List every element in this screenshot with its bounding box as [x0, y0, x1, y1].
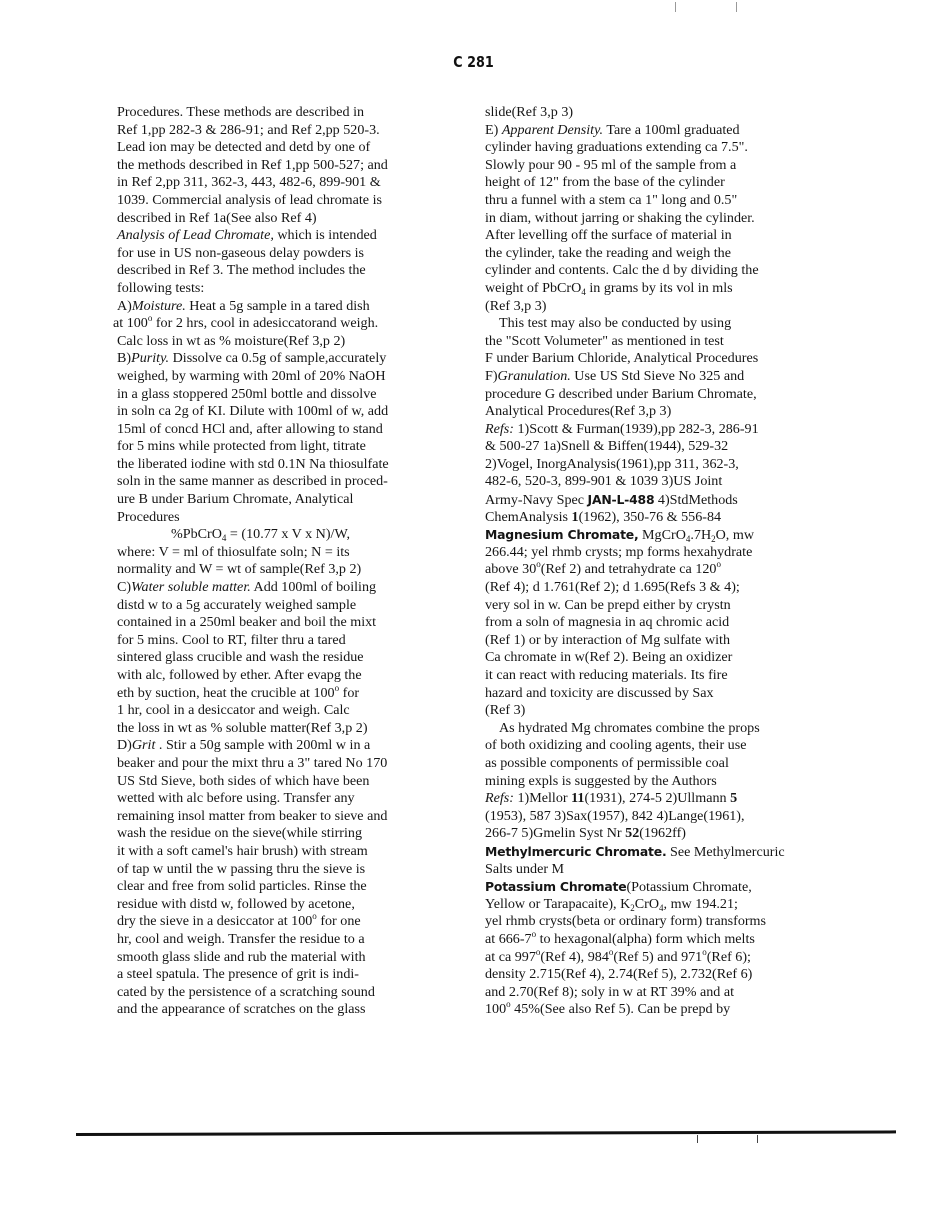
references-line: Refs: 1)Mellor 11(1931), 274-5 2)Ullmann…: [485, 790, 820, 808]
text-line: distd w to a 5g accurately weighed sampl…: [117, 597, 457, 615]
purity-heading-line: B)Purity. Dissolve ca 0.5g of sample,acc…: [117, 350, 457, 368]
page-number-header: C 281: [71, 53, 876, 71]
section-title-granulation: Granulation.: [498, 368, 571, 384]
refs-label: Refs:: [485, 790, 514, 806]
text-line: hazard and toxicity are discussed by Sax: [485, 685, 820, 703]
text-line: contained in a 250ml beaker and boil the…: [117, 614, 457, 632]
water-soluble-heading-line: C)Water soluble matter. Add 100ml of boi…: [117, 579, 457, 597]
text-line: & 500-27 1a)Snell & Biffen(1944), 529-32: [485, 438, 820, 456]
text-line: 15ml of concd HCl and, after allowing to…: [117, 421, 457, 439]
text-line: 2)Vogel, InorgAnalysis(1961),pp 311, 362…: [485, 456, 820, 474]
magnesium-chromate-entry: Magnesium Chromate, MgCrO4.7H2O, mw: [485, 526, 820, 544]
text-line: (Ref 1) or by interaction of Mg sulfate …: [485, 632, 820, 650]
scan-mark: [675, 2, 676, 12]
section-title-purity: Purity.: [131, 350, 169, 366]
text-line: This test may also be conducted by using: [485, 315, 820, 333]
text-line: the loss in wt as % soluble matter(Ref 3…: [117, 720, 457, 738]
text-line: Yellow or Tarapacaite), K2CrO4, mw 194.2…: [485, 896, 820, 914]
text-line: weight of PbCrO4 in grams by its vol in …: [485, 280, 820, 298]
degree-symbol: o: [716, 559, 721, 569]
analysis-heading-line: Analysis of Lead Chromate, which is inte…: [117, 227, 457, 245]
text-line: Procedures. These methods are described …: [117, 104, 457, 122]
text-line: wetted with alc before using. Transfer a…: [117, 790, 457, 808]
text-line: height of 12" from the base of the cylin…: [485, 174, 820, 192]
entry-title-magnesium-chromate: Magnesium Chromate,: [485, 527, 639, 542]
entry-title-methylmercuric-chromate: Methylmercuric Chromate.: [485, 844, 666, 859]
text-line: hr, cool and weigh. Transfer the residue…: [117, 931, 457, 949]
text-line: Army-Navy Spec JAN-L-488 4)StdMethods: [485, 491, 820, 509]
section-title-water-soluble: Water soluble matter.: [131, 579, 251, 595]
text-line: Lead ion may be detected and detd by one…: [117, 139, 457, 157]
grit-heading-line: D)Grit . Stir a 50g sample with 200ml w …: [117, 737, 457, 755]
text-line: clear and free from solid particles. Rin…: [117, 878, 457, 896]
potassium-chromate-entry: Potassium Chromate(Potassium Chromate,: [485, 878, 820, 896]
text-line: Slowly pour 90 - 95 ml of the sample fro…: [485, 157, 820, 175]
text-line: eth by suction, heat the crucible at 100…: [117, 685, 457, 703]
text-line: cylinder having graduations extending ca…: [485, 139, 820, 157]
text-line: procedure G described under Barium Chrom…: [485, 386, 820, 404]
text-line: above 30o(Ref 2) and tetrahydrate ca 120…: [485, 561, 820, 579]
text-line: cated by the persistence of a scratching…: [117, 984, 457, 1002]
moisture-heading-line: A)Moisture. Heat a 5g sample in a tared …: [117, 298, 457, 316]
text-line: described in Ref 1a(See also Ref 4): [117, 210, 457, 228]
text-line: 482-6, 520-3, 899-901 & 1039 3)US Joint: [485, 473, 820, 491]
scan-mark: [757, 1135, 758, 1143]
text-line: in diam, without jarring or shaking the …: [485, 210, 820, 228]
text-line: for use in US non-gaseous delay powders …: [117, 245, 457, 263]
text-line: of tap w until the w passing thru the si…: [117, 861, 457, 879]
text-line: smooth glass slide and rub the material …: [117, 949, 457, 967]
text-line: Procedures: [117, 509, 457, 527]
text-line: soln in the same manner as described in …: [117, 473, 457, 491]
text-line: ChemAnalysis 1(1962), 350-76 & 556-84: [485, 509, 820, 527]
methylmercuric-chromate-entry: Methylmercuric Chromate. See Methylmercu…: [485, 843, 820, 861]
text-line: very sol in w. Can be prepd either by cr…: [485, 597, 820, 615]
text-line: for 5 mins while protected from light, t…: [117, 438, 457, 456]
text-line: where: V = ml of thiosulfate soln; N = i…: [117, 544, 457, 562]
section-title-moisture: Moisture.: [132, 298, 186, 314]
section-title-grit: Grit: [132, 737, 156, 753]
text-line: 100o 45%(See also Ref 5). Can be prepd b…: [485, 1001, 820, 1019]
text-line: weighed, by warming with 20ml of 20% NaO…: [117, 368, 457, 386]
scan-mark: [736, 2, 737, 12]
text-line: at ca 997o(Ref 4), 984o(Ref 5) and 971o(…: [485, 949, 820, 967]
text-line: US Std Sieve, both sides of which have b…: [117, 773, 457, 791]
text-line: dry the sieve in a desiccator at 100o fo…: [117, 913, 457, 931]
references-line: Refs: 1)Scott & Furman(1939),pp 282-3, 2…: [485, 421, 820, 439]
text-line: Calc loss in wt as % moisture(Ref 3,p 2): [117, 333, 457, 351]
text-line: ure B under Barium Chromate, Analytical: [117, 491, 457, 509]
text-line: normality and W = wt of sample(Ref 3,p 2…: [117, 561, 457, 579]
page-bottom-rule: [76, 1130, 896, 1136]
text-line: in a glass stoppered 250ml bottle and di…: [117, 386, 457, 404]
text-line: as possible components of permissible co…: [485, 755, 820, 773]
text-line: and 2.70(Ref 8); soly in w at RT 39% and…: [485, 984, 820, 1002]
text-line: Ref 1,pp 282-3 & 286-91; and Ref 2,pp 52…: [117, 122, 457, 140]
text-line: the liberated iodine with std 0.1N Na th…: [117, 456, 457, 474]
text-line: density 2.715(Ref 4), 2.74(Ref 5), 2.732…: [485, 966, 820, 984]
text-line: it with a soft camel's hair brush) with …: [117, 843, 457, 861]
text-line: (Ref 3): [485, 702, 820, 720]
text-line: wash the residue on the sieve(while stir…: [117, 825, 457, 843]
text-line: Salts under M: [485, 861, 820, 879]
text-line: 1039. Commercial analysis of lead chroma…: [117, 192, 457, 210]
text-line: with alc, followed by ether. After evapg…: [117, 667, 457, 685]
text-line: beaker and pour the mixt thru a 3" tared…: [117, 755, 457, 773]
text-line: mining expls is suggested by the Authors: [485, 773, 820, 791]
section-title-apparent-density: Apparent Density.: [502, 122, 603, 138]
text-line: residue with distd w, followed by aceton…: [117, 896, 457, 914]
text-line: and the appearance of scratches on the g…: [117, 1001, 457, 1019]
text-line: it can react with reducing materials. It…: [485, 667, 820, 685]
granulation-heading-line: F)Granulation. Use US Std Sieve No 325 a…: [485, 368, 820, 386]
text-line: the "Scott Volumeter" as mentioned in te…: [485, 333, 820, 351]
section-title-analysis: Analysis of Lead Chromate,: [117, 227, 274, 243]
text-line: After levelling off the surface of mater…: [485, 227, 820, 245]
text-line: thru a funnel with a stem ca 1" long and…: [485, 192, 820, 210]
text-line: remaining insol matter from beaker to si…: [117, 808, 457, 826]
text-line: in Ref 2,pp 311, 362-3, 443, 482-6, 899-…: [117, 174, 457, 192]
purity-formula: %PbCrO4 = (10.77 x V x N)/W,: [117, 526, 457, 544]
text-line: in soln ca 2g of KI. Dilute with 100ml o…: [117, 403, 457, 421]
apparent-density-heading-line: E) Apparent Density. Tare a 100ml gradua…: [485, 122, 820, 140]
text-line: 1 hr, cool in a desiccator and weigh. Ca…: [117, 702, 457, 720]
text-line: Analytical Procedures(Ref 3,p 3): [485, 403, 820, 421]
text-line: sintered glass crucible and wash the res…: [117, 649, 457, 667]
text-line: (1953), 587 3)Sax(1957), 842 4)Lange(196…: [485, 808, 820, 826]
text-line: for 5 mins. Cool to RT, filter thru a ta…: [117, 632, 457, 650]
text-line: of both oxidizing and cooling agents, th…: [485, 737, 820, 755]
entry-title-potassium-chromate: Potassium Chromate: [485, 879, 626, 894]
right-column: slide(Ref 3,p 3) E) Apparent Density. Ta…: [485, 104, 820, 1019]
spec-number: JAN-L-488: [588, 492, 655, 507]
text-line: cylinder and contents. Calc the d by div…: [485, 262, 820, 280]
text-line: slide(Ref 3,p 3): [485, 104, 820, 122]
scan-mark: [697, 1135, 698, 1143]
text-line: from a soln of magnesia in aq chromic ac…: [485, 614, 820, 632]
text-line: 266-7 5)Gmelin Syst Nr 52(1962ff): [485, 825, 820, 843]
text-line: following tests:: [117, 280, 457, 298]
text-line: (Ref 3,p 3): [485, 298, 820, 316]
text-line: F under Barium Chloride, Analytical Proc…: [485, 350, 820, 368]
text-line: (Ref 4); d 1.761(Ref 2); d 1.695(Refs 3 …: [485, 579, 820, 597]
text-line: a steel spatula. The presence of grit is…: [117, 966, 457, 984]
refs-label: Refs:: [485, 421, 514, 437]
left-column: Procedures. These methods are described …: [117, 104, 457, 1019]
text-line: the methods described in Ref 1,pp 500-52…: [117, 157, 457, 175]
text-line: As hydrated Mg chromates combine the pro…: [485, 720, 820, 738]
text-line: at 100o for 2 hrs, cool in adesiccatoran…: [113, 315, 457, 333]
text-line: Ca chromate in w(Ref 2). Being an oxidiz…: [485, 649, 820, 667]
text-line: described in Ref 3. The method includes …: [117, 262, 457, 280]
text-line: the cylinder, take the reading and weigh…: [485, 245, 820, 263]
